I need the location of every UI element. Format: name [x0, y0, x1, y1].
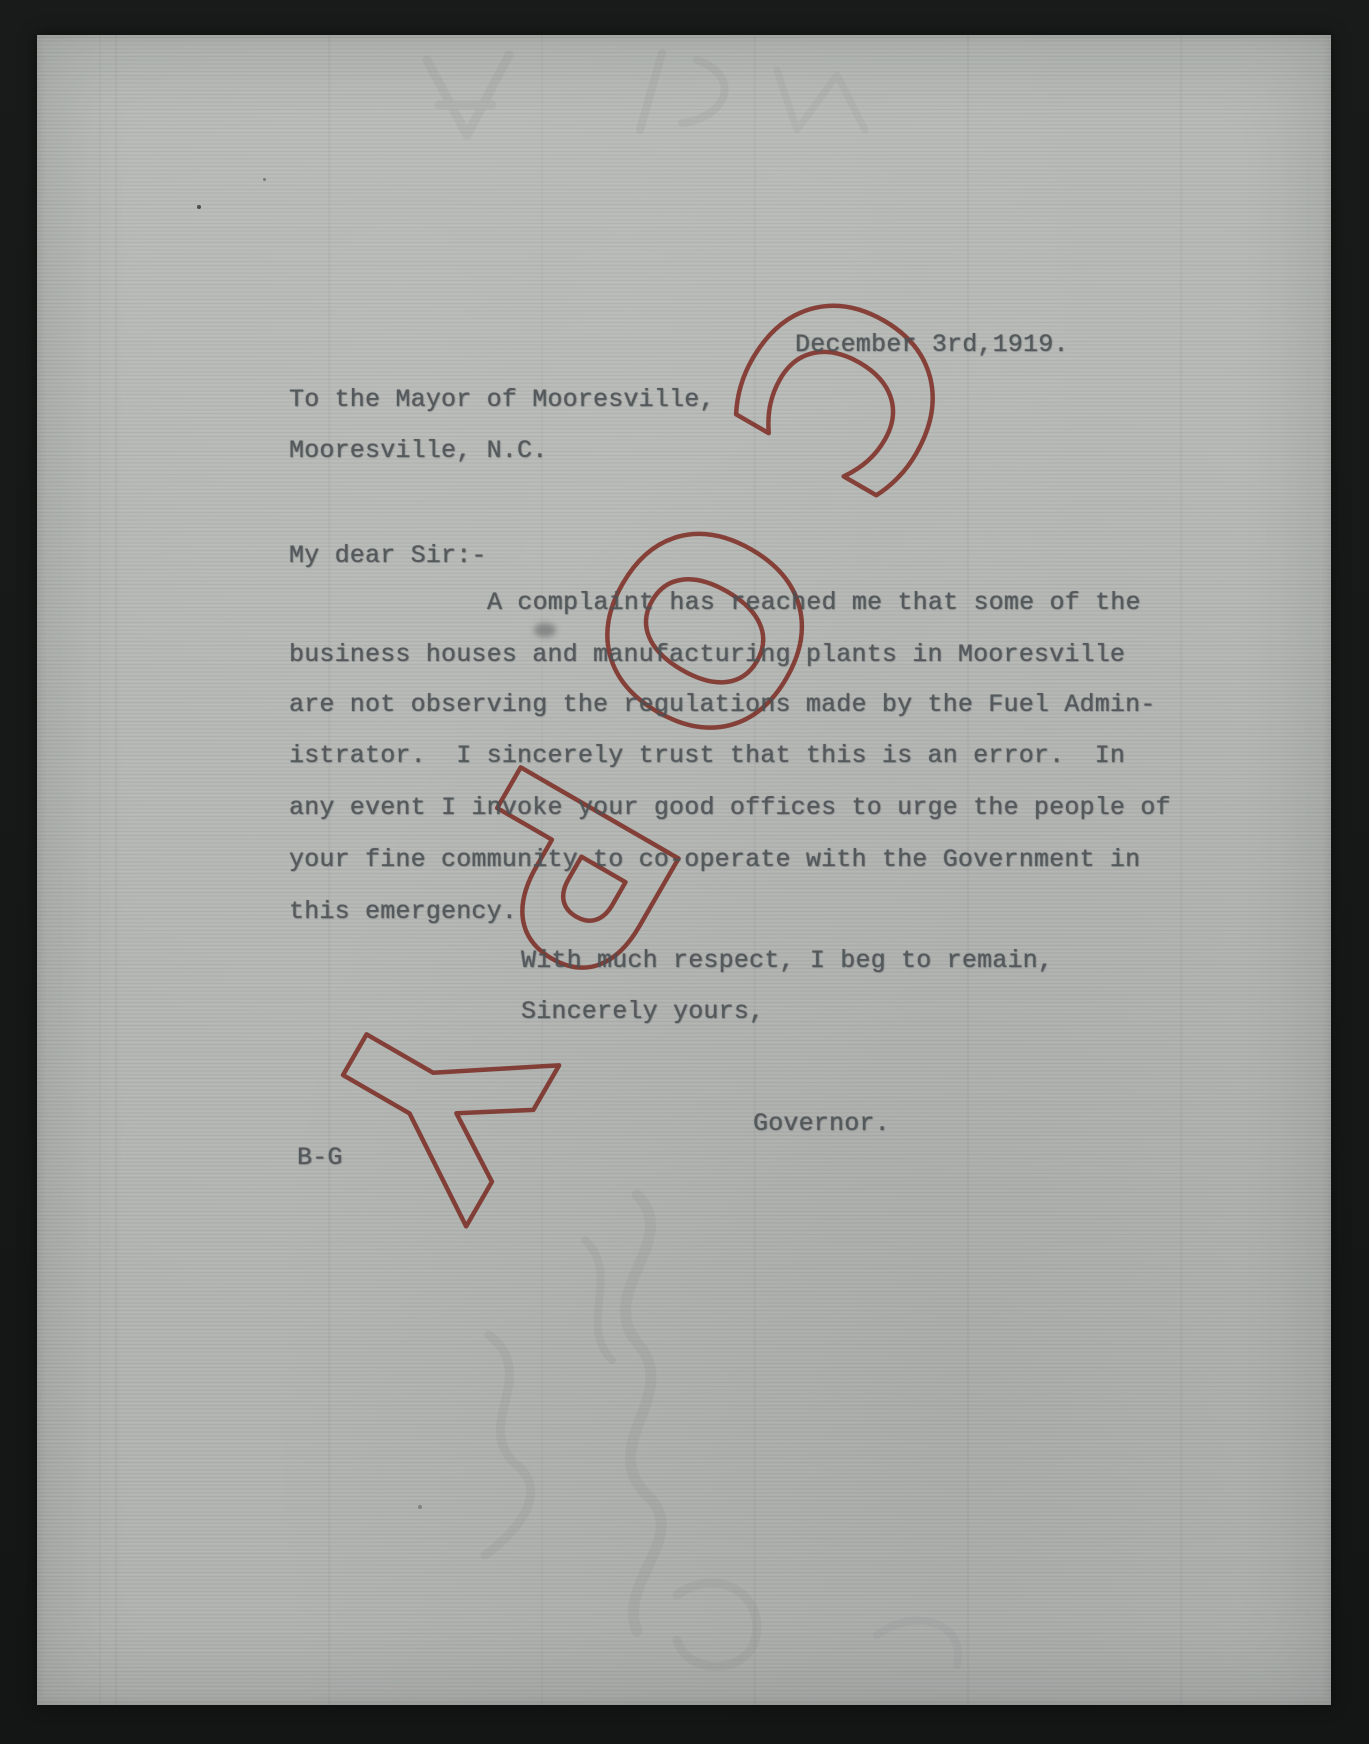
body-line-1: A complaint has reached me that some of …	[487, 588, 1141, 618]
typist-initials-line: B-G	[297, 1143, 343, 1173]
body-line-2: business houses and manufacturing plants…	[289, 640, 1125, 670]
signature-title-line: Governor.	[753, 1109, 890, 1139]
recipient-line-2: Mooresville, N.C.	[289, 436, 547, 466]
body-line-6: your fine community to co-operate with t…	[289, 845, 1140, 875]
closing-line-2: Sincerely yours,	[521, 997, 764, 1027]
ink-speck	[263, 178, 266, 181]
body-line-4: istrator. I sincerely trust that this is…	[289, 741, 1125, 771]
salutation-line: My dear Sir:-	[289, 541, 487, 571]
ink-smudge	[534, 623, 556, 637]
body-line-5: any event I invoke your good offices to …	[289, 793, 1171, 823]
scan-background: COPY December 3rd,1919. To the Mayor of …	[0, 0, 1369, 1744]
ink-speck	[197, 205, 201, 209]
letter-paper: COPY December 3rd,1919. To the Mayor of …	[37, 35, 1331, 1705]
ink-speck	[418, 1505, 422, 1509]
body-line-7: this emergency.	[289, 897, 517, 927]
body-line-3: are not observing the regulations made b…	[289, 690, 1156, 720]
date-line: December 3rd,1919.	[795, 330, 1069, 360]
recipient-line-1: To the Mayor of Mooresville,	[289, 385, 715, 415]
closing-line-1: With much respect, I beg to remain,	[521, 946, 1053, 976]
